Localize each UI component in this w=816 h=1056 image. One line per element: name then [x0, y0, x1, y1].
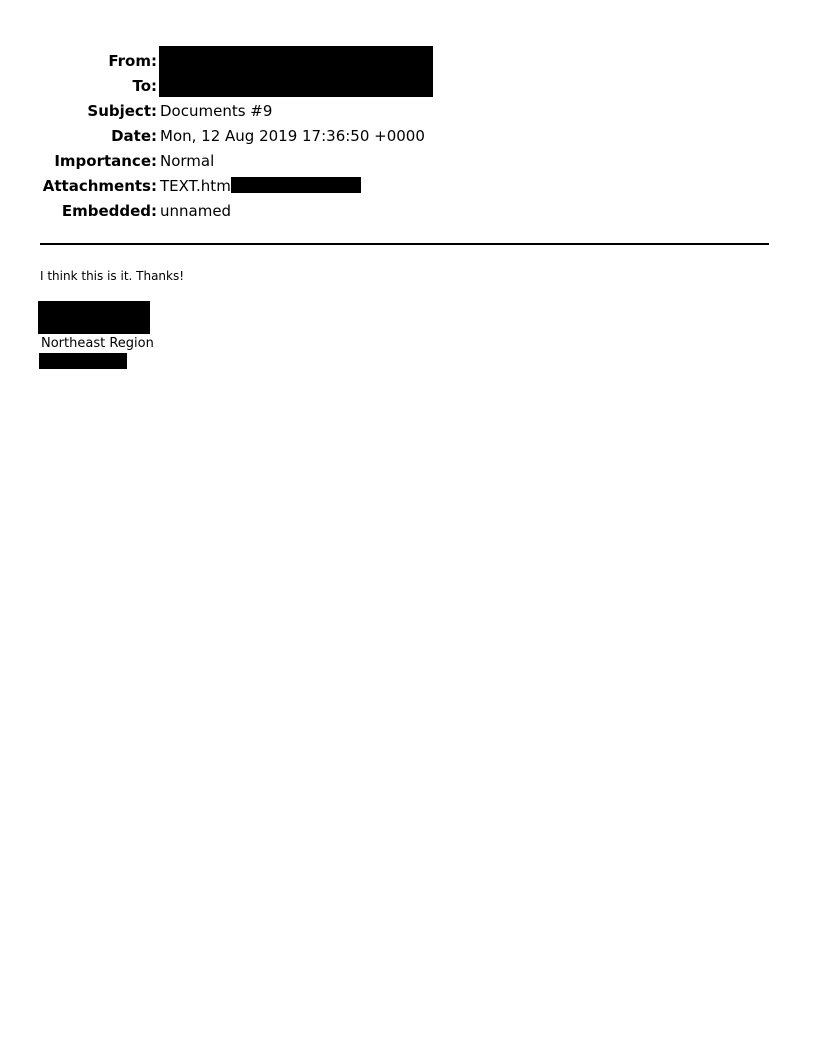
- date-label: Date:: [0, 124, 157, 149]
- importance-value: Normal: [160, 149, 214, 174]
- redacted-signature-name: [38, 301, 150, 334]
- attachments-label: Attachments:: [0, 174, 157, 199]
- subject-label: Subject:: [0, 99, 157, 124]
- attachments-value[interactable]: TEXT.htm;: [160, 174, 236, 199]
- redacted-signature-contact: [39, 353, 127, 369]
- header-from: From:: [0, 49, 157, 74]
- header-date: Date: Mon, 12 Aug 2019 17:36:50 +0000: [0, 124, 816, 149]
- redacted-from-to: [159, 46, 433, 97]
- subject-value: Documents #9: [160, 99, 272, 124]
- header-attachments: Attachments: TEXT.htm;: [0, 174, 816, 199]
- redacted-attachment: [231, 177, 361, 193]
- header-importance: Importance: Normal: [0, 149, 816, 174]
- to-label: To:: [0, 74, 157, 99]
- header-subject: Subject: Documents #9: [0, 99, 816, 124]
- importance-label: Importance:: [0, 149, 157, 174]
- message-body: I think this is it. Thanks!: [40, 268, 184, 284]
- embedded-value: unnamed: [160, 199, 231, 224]
- date-value: Mon, 12 Aug 2019 17:36:50 +0000: [160, 124, 425, 149]
- from-label: From:: [0, 49, 157, 74]
- header-to: To:: [0, 74, 157, 99]
- header-divider: [40, 243, 769, 245]
- embedded-label: Embedded:: [0, 199, 157, 224]
- signature-region: Northeast Region: [41, 336, 154, 352]
- header-embedded: Embedded: unnamed: [0, 199, 816, 224]
